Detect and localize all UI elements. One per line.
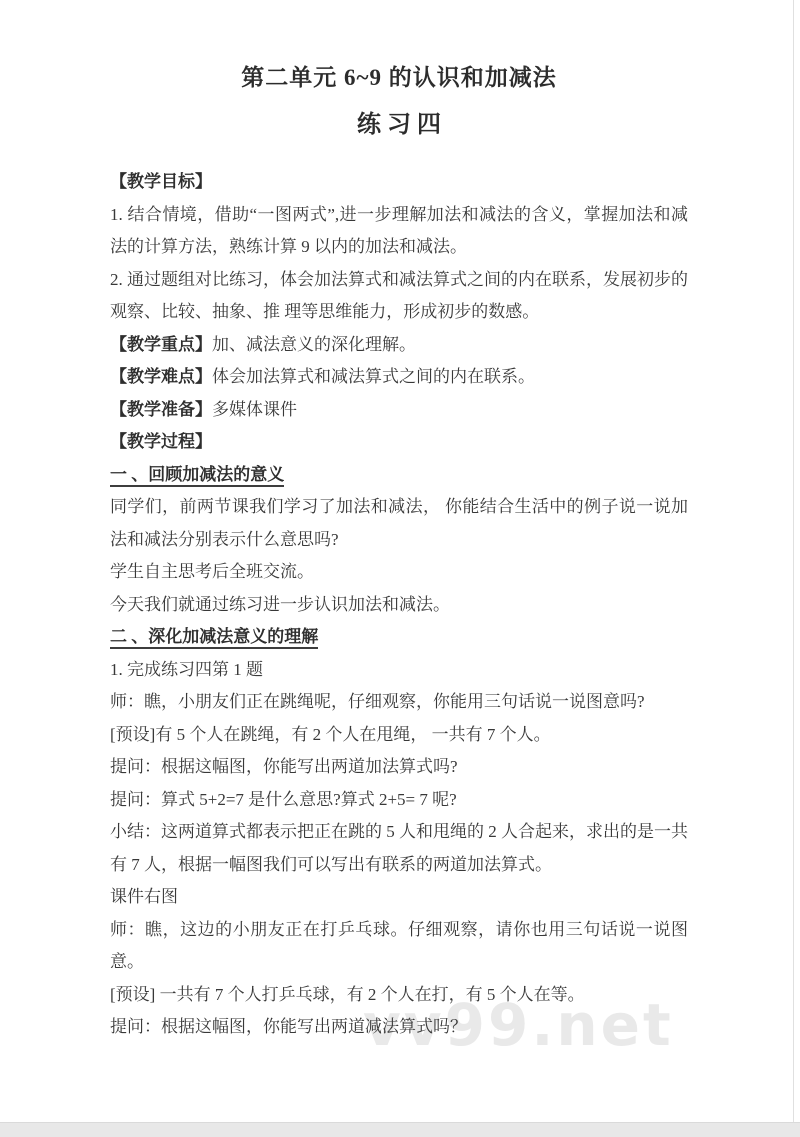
part2-para-6: 课件右图: [110, 881, 688, 914]
document-content: 第二单元 6~9 的认识和加减法 练 习 四 【教学目标】 1. 结合情境，借助…: [110, 0, 688, 1044]
key-point-label: 【教学重点】: [110, 335, 212, 354]
part2-para-1: 师：瞧，小朋友们正在跳绳呢，仔细观察，你能用三句话说一说图意吗?: [110, 686, 688, 719]
unit-title: 第二单元 6~9 的认识和加减法: [110, 62, 688, 94]
objective-2: 2. 通过题组对比练习，体会加法算式和减法算式之间的内在联系，发展初步的观察、比…: [110, 264, 688, 329]
document-page: vv99.net 第二单元 6~9 的认识和加减法 练 习 四 【教学目标】 1…: [0, 0, 800, 1137]
part2-item-1: 1. 完成练习四第 1 题: [110, 654, 688, 687]
difficulty-label: 【教学难点】: [110, 367, 212, 386]
part2-para-3: 提问：根据这幅图，你能写出两道加法算式吗?: [110, 751, 688, 784]
part2-heading: 二 、深化加减法意义的理解: [110, 621, 688, 654]
part1-heading: 一 、回顾加减法的意义: [110, 459, 688, 492]
preparation-line: 【教学准备】多媒体课件: [110, 394, 688, 427]
part2-heading-text: 二 、深化加减法意义的理解: [110, 627, 318, 649]
part2-para-8: [预设] 一共有 7 个人打乒乓球，有 2 个人在打，有 5 个人在等。: [110, 979, 688, 1012]
preparation-text: 多媒体课件: [212, 400, 297, 419]
part1-para-3: 今天我们就通过练习进一步认识加法和减法。: [110, 589, 688, 622]
part2-para-9: 提问：根据这幅图，你能写出两道减法算式吗？: [110, 1011, 688, 1044]
key-point-line: 【教学重点】加、减法意义的深化理解。: [110, 329, 688, 362]
part2-para-2: [预设]有 5 个人在跳绳，有 2 个人在甩绳， 一共有 7 个人。: [110, 719, 688, 752]
difficulty-line: 【教学难点】体会加法算式和减法算式之间的内在联系。: [110, 361, 688, 394]
part1-heading-text: 一 、回顾加减法的意义: [110, 465, 284, 487]
key-point-text: 加、减法意义的深化理解。: [212, 335, 416, 354]
page-right-edge: [793, 0, 794, 1122]
objectives-heading: 【教学目标】: [110, 166, 688, 199]
part1-para-1: 同学们，前两节课我们学习了加法和减法， 你能结合生活中的例子说一说加法和减法分别…: [110, 491, 688, 556]
objective-1: 1. 结合情境，借助“一图两式”,进一步理解加法和减法的含义，掌握加法和减法的计…: [110, 199, 688, 264]
part2-para-4: 提问：算式 5+2=7 是什么意思?算式 2+5= 7 呢?: [110, 784, 688, 817]
lesson-title: 练 习 四: [110, 108, 688, 142]
preparation-label: 【教学准备】: [110, 400, 212, 419]
process-heading: 【教学过程】: [110, 426, 688, 459]
part2-para-7: 师：瞧，这边的小朋友正在打乒乓球。仔细观察，请你也用三句话说一说图意。: [110, 914, 688, 979]
part1-para-2: 学生自主思考后全班交流。: [110, 556, 688, 589]
footer-bar: [0, 1122, 800, 1137]
difficulty-text: 体会加法算式和减法算式之间的内在联系。: [212, 367, 535, 386]
part2-para-5: 小结：这两道算式都表示把正在跳的 5 人和甩绳的 2 人合起来，求出的是一共有 …: [110, 816, 688, 881]
